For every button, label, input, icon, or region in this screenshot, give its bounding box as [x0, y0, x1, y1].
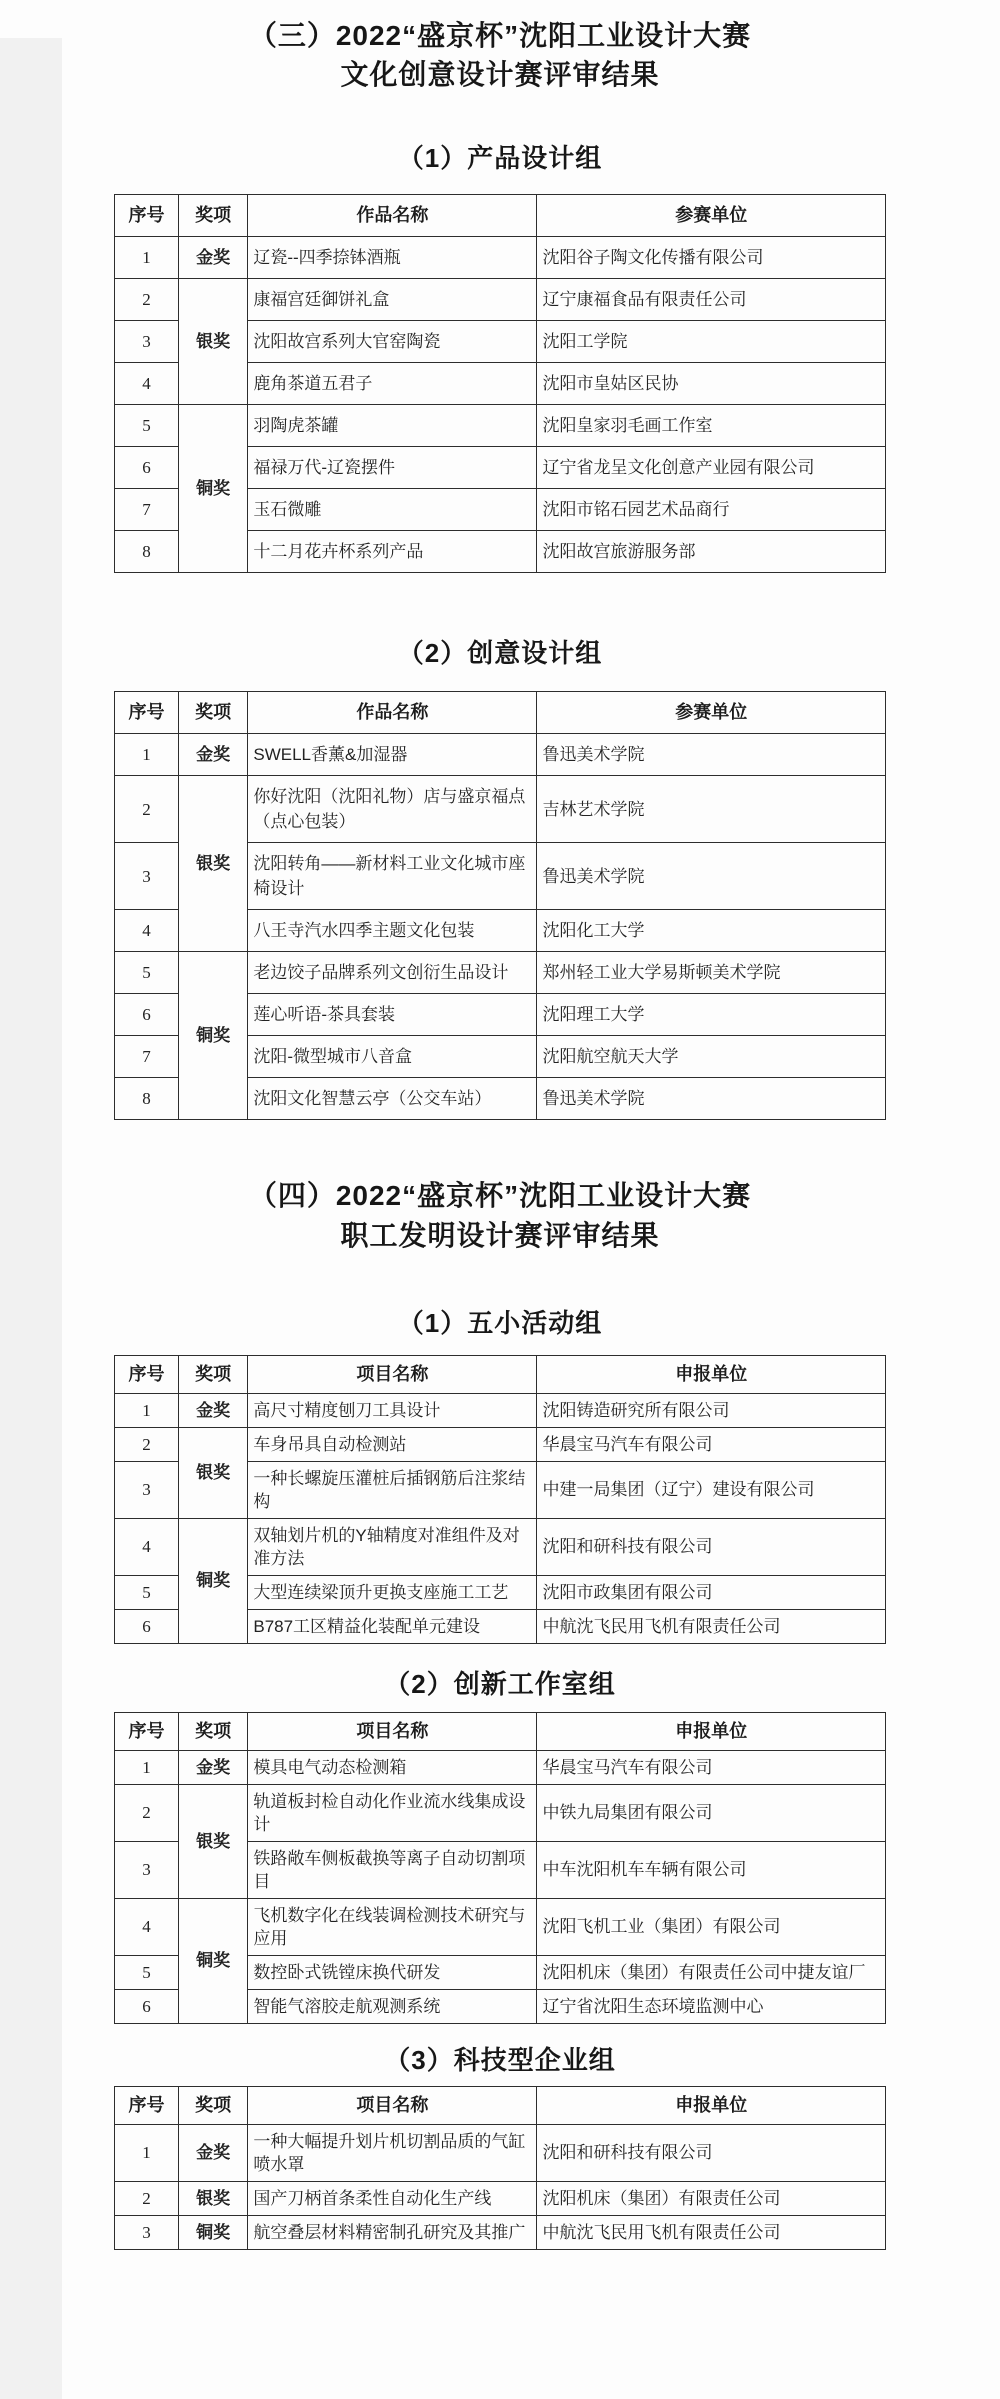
cell-serial-number: 1 — [115, 1393, 179, 1427]
cell-work-name: 沈阳-微型城市八音盒 — [248, 1036, 537, 1078]
cell-serial-number: 2 — [115, 279, 179, 321]
cell-work-name: B787工区精益化装配单元建设 — [248, 1609, 537, 1643]
column-header: 奖项 — [178, 195, 247, 237]
cell-organization: 中航沈飞民用飞机有限责任公司 — [537, 1609, 886, 1643]
column-header: 申报单位 — [537, 1355, 886, 1393]
table-row: 3铜奖航空叠层材料精密制孔研究及其推广中航沈飞民用飞机有限责任公司 — [115, 2215, 886, 2249]
table-row: 5铜奖羽陶虎茶罐沈阳皇家羽毛画工作室 — [115, 405, 886, 447]
column-header: 作品名称 — [248, 195, 537, 237]
column-header: 奖项 — [178, 692, 247, 734]
cell-award-level: 铜奖 — [178, 1898, 247, 2023]
cell-organization: 沈阳皇家羽毛画工作室 — [537, 405, 886, 447]
cell-serial-number: 5 — [115, 1575, 179, 1609]
cell-serial-number: 5 — [115, 952, 179, 994]
cell-organization: 鲁迅美术学院 — [537, 843, 886, 910]
cell-serial-number: 1 — [115, 734, 179, 776]
cell-work-name: 大型连续梁顶升更换支座施工工艺 — [248, 1575, 537, 1609]
document-content: （三）2022“盛京杯”沈阳工业设计大赛 文化创意设计赛评审结果 （1）产品设计… — [0, 16, 1000, 2250]
group-title-five-small-activities: （1）五小活动组 — [0, 1307, 1000, 1339]
cell-serial-number: 1 — [115, 1750, 179, 1784]
cell-work-name: 数控卧式铣镗床换代研发 — [248, 1955, 537, 1989]
cell-organization: 沈阳理工大学 — [537, 994, 886, 1036]
column-header: 奖项 — [178, 1712, 247, 1750]
cell-work-name: 航空叠层材料精密制孔研究及其推广 — [248, 2215, 537, 2249]
column-header: 序号 — [115, 195, 179, 237]
cell-serial-number: 6 — [115, 447, 179, 489]
column-header: 奖项 — [178, 1355, 247, 1393]
cell-serial-number: 3 — [115, 1461, 179, 1518]
table-header-row: 序号奖项项目名称申报单位 — [115, 1712, 886, 1750]
cell-organization: 鲁迅美术学院 — [537, 1078, 886, 1120]
cell-organization: 中车沈阳机车车辆有限公司 — [537, 1841, 886, 1898]
cell-serial-number: 5 — [115, 405, 179, 447]
table-row: 1金奖一种大幅提升划片机切割品质的气缸喷水罩沈阳和研科技有限公司 — [115, 2124, 886, 2181]
cell-organization: 沈阳飞机工业（集团）有限公司 — [537, 1898, 886, 1955]
cell-award-level: 金奖 — [178, 1750, 247, 1784]
cell-organization: 沈阳市政集团有限公司 — [537, 1575, 886, 1609]
column-header: 申报单位 — [537, 1712, 886, 1750]
cell-organization: 沈阳机床（集团）有限责任公司中捷友谊厂 — [537, 1955, 886, 1989]
table-row: 2银奖轨道板封检自动化作业流水线集成设计中铁九局集团有限公司 — [115, 1784, 886, 1841]
cell-organization: 沈阳机床（集团）有限责任公司 — [537, 2181, 886, 2215]
table-header-row: 序号奖项项目名称申报单位 — [115, 1355, 886, 1393]
cell-work-name: 沈阳故宫系列大官窑陶瓷 — [248, 321, 537, 363]
cell-organization: 中航沈飞民用飞机有限责任公司 — [537, 2215, 886, 2249]
cell-work-name: 车身吊具自动检测站 — [248, 1427, 537, 1461]
cell-serial-number: 7 — [115, 1036, 179, 1078]
cell-serial-number: 4 — [115, 910, 179, 952]
column-header: 序号 — [115, 2086, 179, 2124]
cell-serial-number: 5 — [115, 1955, 179, 1989]
table-row: 1金奖辽瓷--四季捺钵酒瓶沈阳谷子陶文化传播有限公司 — [115, 237, 886, 279]
cell-organization: 郑州轻工业大学易斯顿美术学院 — [537, 952, 886, 994]
cell-work-name: 双轴划片机的Y轴精度对准组件及对准方法 — [248, 1518, 537, 1575]
section-staff-invention-results: （四）2022“盛京杯”沈阳工业设计大赛 职工发明设计赛评审结果 （1）五小活动… — [0, 1176, 1000, 2249]
table-row: 1金奖SWELL香薰&加湿器鲁迅美术学院 — [115, 734, 886, 776]
section-heading-line1: （四）2022“盛京杯”沈阳工业设计大赛 — [249, 1180, 751, 1211]
column-header: 项目名称 — [248, 1355, 537, 1393]
table-row: 2银奖你好沈阳（沈阳礼物）店与盛京福点（点心包装）吉林艺术学院 — [115, 776, 886, 843]
cell-work-name: 飞机数字化在线装调检测技术研究与应用 — [248, 1898, 537, 1955]
cell-serial-number: 3 — [115, 2215, 179, 2249]
cell-award-level: 铜奖 — [178, 952, 247, 1120]
results-table-five-small-activities: 序号奖项项目名称申报单位1金奖高尺寸精度刨刀工具设计沈阳铸造研究所有限公司2银奖… — [114, 1355, 886, 1644]
table-row: 5铜奖老边饺子品牌系列文创衍生品设计郑州轻工业大学易斯顿美术学院 — [115, 952, 886, 994]
cell-work-name: 十二月花卉杯系列产品 — [248, 531, 537, 573]
cell-work-name: 轨道板封检自动化作业流水线集成设计 — [248, 1784, 537, 1841]
section-culture-creative-results: （三）2022“盛京杯”沈阳工业设计大赛 文化创意设计赛评审结果 （1）产品设计… — [0, 16, 1000, 1120]
cell-work-name: 八王寺汽水四季主题文化包装 — [248, 910, 537, 952]
table-row: 2银奖车身吊具自动检测站华晨宝马汽车有限公司 — [115, 1427, 886, 1461]
cell-organization: 中铁九局集团有限公司 — [537, 1784, 886, 1841]
cell-organization: 华晨宝马汽车有限公司 — [537, 1427, 886, 1461]
cell-award-level: 金奖 — [178, 2124, 247, 2181]
column-header: 项目名称 — [248, 1712, 537, 1750]
cell-work-name: SWELL香薰&加湿器 — [248, 734, 537, 776]
results-table-creative-design: 序号奖项作品名称参赛单位1金奖SWELL香薰&加湿器鲁迅美术学院2银奖你好沈阳（… — [114, 691, 886, 1120]
column-header: 序号 — [115, 1355, 179, 1393]
table-row: 4铜奖双轴划片机的Y轴精度对准组件及对准方法沈阳和研科技有限公司 — [115, 1518, 886, 1575]
cell-organization: 沈阳化工大学 — [537, 910, 886, 952]
cell-work-name: 莲心听语-茶具套装 — [248, 994, 537, 1036]
cell-serial-number: 4 — [115, 1898, 179, 1955]
cell-serial-number: 6 — [115, 1609, 179, 1643]
results-table-product-design: 序号奖项作品名称参赛单位1金奖辽瓷--四季捺钵酒瓶沈阳谷子陶文化传播有限公司2银… — [114, 194, 886, 573]
table-header-row: 序号奖项作品名称参赛单位 — [115, 692, 886, 734]
cell-serial-number: 4 — [115, 363, 179, 405]
cell-organization: 沈阳市铭石园艺术品商行 — [537, 489, 886, 531]
cell-work-name: 康福宫廷御饼礼盒 — [248, 279, 537, 321]
group-title-tech-enterprise: （3）科技型企业组 — [0, 2044, 1000, 2076]
cell-award-level: 银奖 — [178, 279, 247, 405]
group-title-innovation-studio: （2）创新工作室组 — [0, 1668, 1000, 1700]
cell-organization: 中建一局集团（辽宁）建设有限公司 — [537, 1461, 886, 1518]
cell-organization: 沈阳航空航天大学 — [537, 1036, 886, 1078]
cell-work-name: 沈阳转角——新材料工业文化城市座椅设计 — [248, 843, 537, 910]
cell-award-level: 金奖 — [178, 237, 247, 279]
cell-serial-number: 7 — [115, 489, 179, 531]
cell-serial-number: 8 — [115, 1078, 179, 1120]
document-page: （三）2022“盛京杯”沈阳工业设计大赛 文化创意设计赛评审结果 （1）产品设计… — [0, 0, 1000, 2399]
cell-organization: 辽宁康福食品有限责任公司 — [537, 279, 886, 321]
cell-organization: 沈阳和研科技有限公司 — [537, 1518, 886, 1575]
cell-organization: 沈阳谷子陶文化传播有限公司 — [537, 237, 886, 279]
column-header: 奖项 — [178, 2086, 247, 2124]
column-header: 项目名称 — [248, 2086, 537, 2124]
section-heading-staff-invention: （四）2022“盛京杯”沈阳工业设计大赛 职工发明设计赛评审结果 — [0, 1176, 1000, 1254]
cell-serial-number: 6 — [115, 994, 179, 1036]
section-heading-line2: 文化创意设计赛评审结果 — [340, 59, 659, 90]
column-header: 序号 — [115, 1712, 179, 1750]
cell-serial-number: 2 — [115, 776, 179, 843]
cell-work-name: 模具电气动态检测箱 — [248, 1750, 537, 1784]
cell-work-name: 高尺寸精度刨刀工具设计 — [248, 1393, 537, 1427]
cell-serial-number: 4 — [115, 1518, 179, 1575]
column-header: 参赛单位 — [537, 692, 886, 734]
section-heading-culture-creative: （三）2022“盛京杯”沈阳工业设计大赛 文化创意设计赛评审结果 — [0, 16, 1000, 94]
cell-work-name: 羽陶虎茶罐 — [248, 405, 537, 447]
cell-work-name: 玉石微雕 — [248, 489, 537, 531]
cell-organization: 沈阳铸造研究所有限公司 — [537, 1393, 886, 1427]
cell-award-level: 铜奖 — [178, 1518, 247, 1643]
cell-organization: 辽宁省龙呈文化创意产业园有限公司 — [537, 447, 886, 489]
cell-serial-number: 2 — [115, 1427, 179, 1461]
section-heading-line2: 职工发明设计赛评审结果 — [340, 1220, 659, 1251]
cell-serial-number: 3 — [115, 321, 179, 363]
cell-award-level: 金奖 — [178, 734, 247, 776]
cell-work-name: 你好沈阳（沈阳礼物）店与盛京福点（点心包装） — [248, 776, 537, 843]
cell-serial-number: 6 — [115, 1989, 179, 2023]
cell-award-level: 铜奖 — [178, 405, 247, 573]
cell-serial-number: 2 — [115, 2181, 179, 2215]
cell-serial-number: 3 — [115, 1841, 179, 1898]
cell-award-level: 银奖 — [178, 776, 247, 952]
table-row: 1金奖高尺寸精度刨刀工具设计沈阳铸造研究所有限公司 — [115, 1393, 886, 1427]
group-title-creative-design: （2）创意设计组 — [0, 637, 1000, 669]
column-header: 作品名称 — [248, 692, 537, 734]
results-table-innovation-studio: 序号奖项项目名称申报单位1金奖模具电气动态检测箱华晨宝马汽车有限公司2银奖轨道板… — [114, 1712, 886, 2024]
cell-work-name: 国产刀柄首条柔性自动化生产线 — [248, 2181, 537, 2215]
cell-organization: 辽宁省沈阳生态环境监测中心 — [537, 1989, 886, 2023]
cell-award-level: 铜奖 — [178, 2215, 247, 2249]
cell-serial-number: 1 — [115, 2124, 179, 2181]
table-header-row: 序号奖项作品名称参赛单位 — [115, 195, 886, 237]
cell-work-name: 辽瓷--四季捺钵酒瓶 — [248, 237, 537, 279]
cell-work-name: 一种长螺旋压灌桩后插钢筋后注浆结构 — [248, 1461, 537, 1518]
cell-work-name: 铁路敞车侧板截换等离子自动切割项目 — [248, 1841, 537, 1898]
cell-organization: 沈阳和研科技有限公司 — [537, 2124, 886, 2181]
cell-work-name: 老边饺子品牌系列文创衍生品设计 — [248, 952, 537, 994]
cell-work-name: 一种大幅提升划片机切割品质的气缸喷水罩 — [248, 2124, 537, 2181]
section-heading-line1: （三）2022“盛京杯”沈阳工业设计大赛 — [249, 20, 751, 51]
cell-organization: 吉林艺术学院 — [537, 776, 886, 843]
column-header: 序号 — [115, 692, 179, 734]
cell-organization: 沈阳故宫旅游服务部 — [537, 531, 886, 573]
cell-award-level: 银奖 — [178, 1427, 247, 1518]
table-row: 1金奖模具电气动态检测箱华晨宝马汽车有限公司 — [115, 1750, 886, 1784]
column-header: 申报单位 — [537, 2086, 886, 2124]
cell-organization: 沈阳市皇姑区民协 — [537, 363, 886, 405]
cell-serial-number: 1 — [115, 237, 179, 279]
cell-serial-number: 3 — [115, 843, 179, 910]
table-row: 2银奖国产刀柄首条柔性自动化生产线沈阳机床（集团）有限责任公司 — [115, 2181, 886, 2215]
cell-work-name: 福禄万代-辽瓷摆件 — [248, 447, 537, 489]
group-title-product-design: （1）产品设计组 — [0, 142, 1000, 174]
cell-organization: 华晨宝马汽车有限公司 — [537, 1750, 886, 1784]
cell-organization: 沈阳工学院 — [537, 321, 886, 363]
cell-award-level: 银奖 — [178, 2181, 247, 2215]
cell-serial-number: 2 — [115, 1784, 179, 1841]
table-header-row: 序号奖项项目名称申报单位 — [115, 2086, 886, 2124]
cell-work-name: 沈阳文化智慧云亭（公交车站） — [248, 1078, 537, 1120]
table-row: 2银奖康福宫廷御饼礼盒辽宁康福食品有限责任公司 — [115, 279, 886, 321]
cell-serial-number: 8 — [115, 531, 179, 573]
cell-award-level: 银奖 — [178, 1784, 247, 1898]
column-header: 参赛单位 — [537, 195, 886, 237]
table-row: 4铜奖飞机数字化在线装调检测技术研究与应用沈阳飞机工业（集团）有限公司 — [115, 1898, 886, 1955]
cell-award-level: 金奖 — [178, 1393, 247, 1427]
cell-organization: 鲁迅美术学院 — [537, 734, 886, 776]
results-table-tech-enterprise: 序号奖项项目名称申报单位1金奖一种大幅提升划片机切割品质的气缸喷水罩沈阳和研科技… — [114, 2086, 886, 2250]
cell-work-name: 智能气溶胶走航观测系统 — [248, 1989, 537, 2023]
cell-work-name: 鹿角茶道五君子 — [248, 363, 537, 405]
